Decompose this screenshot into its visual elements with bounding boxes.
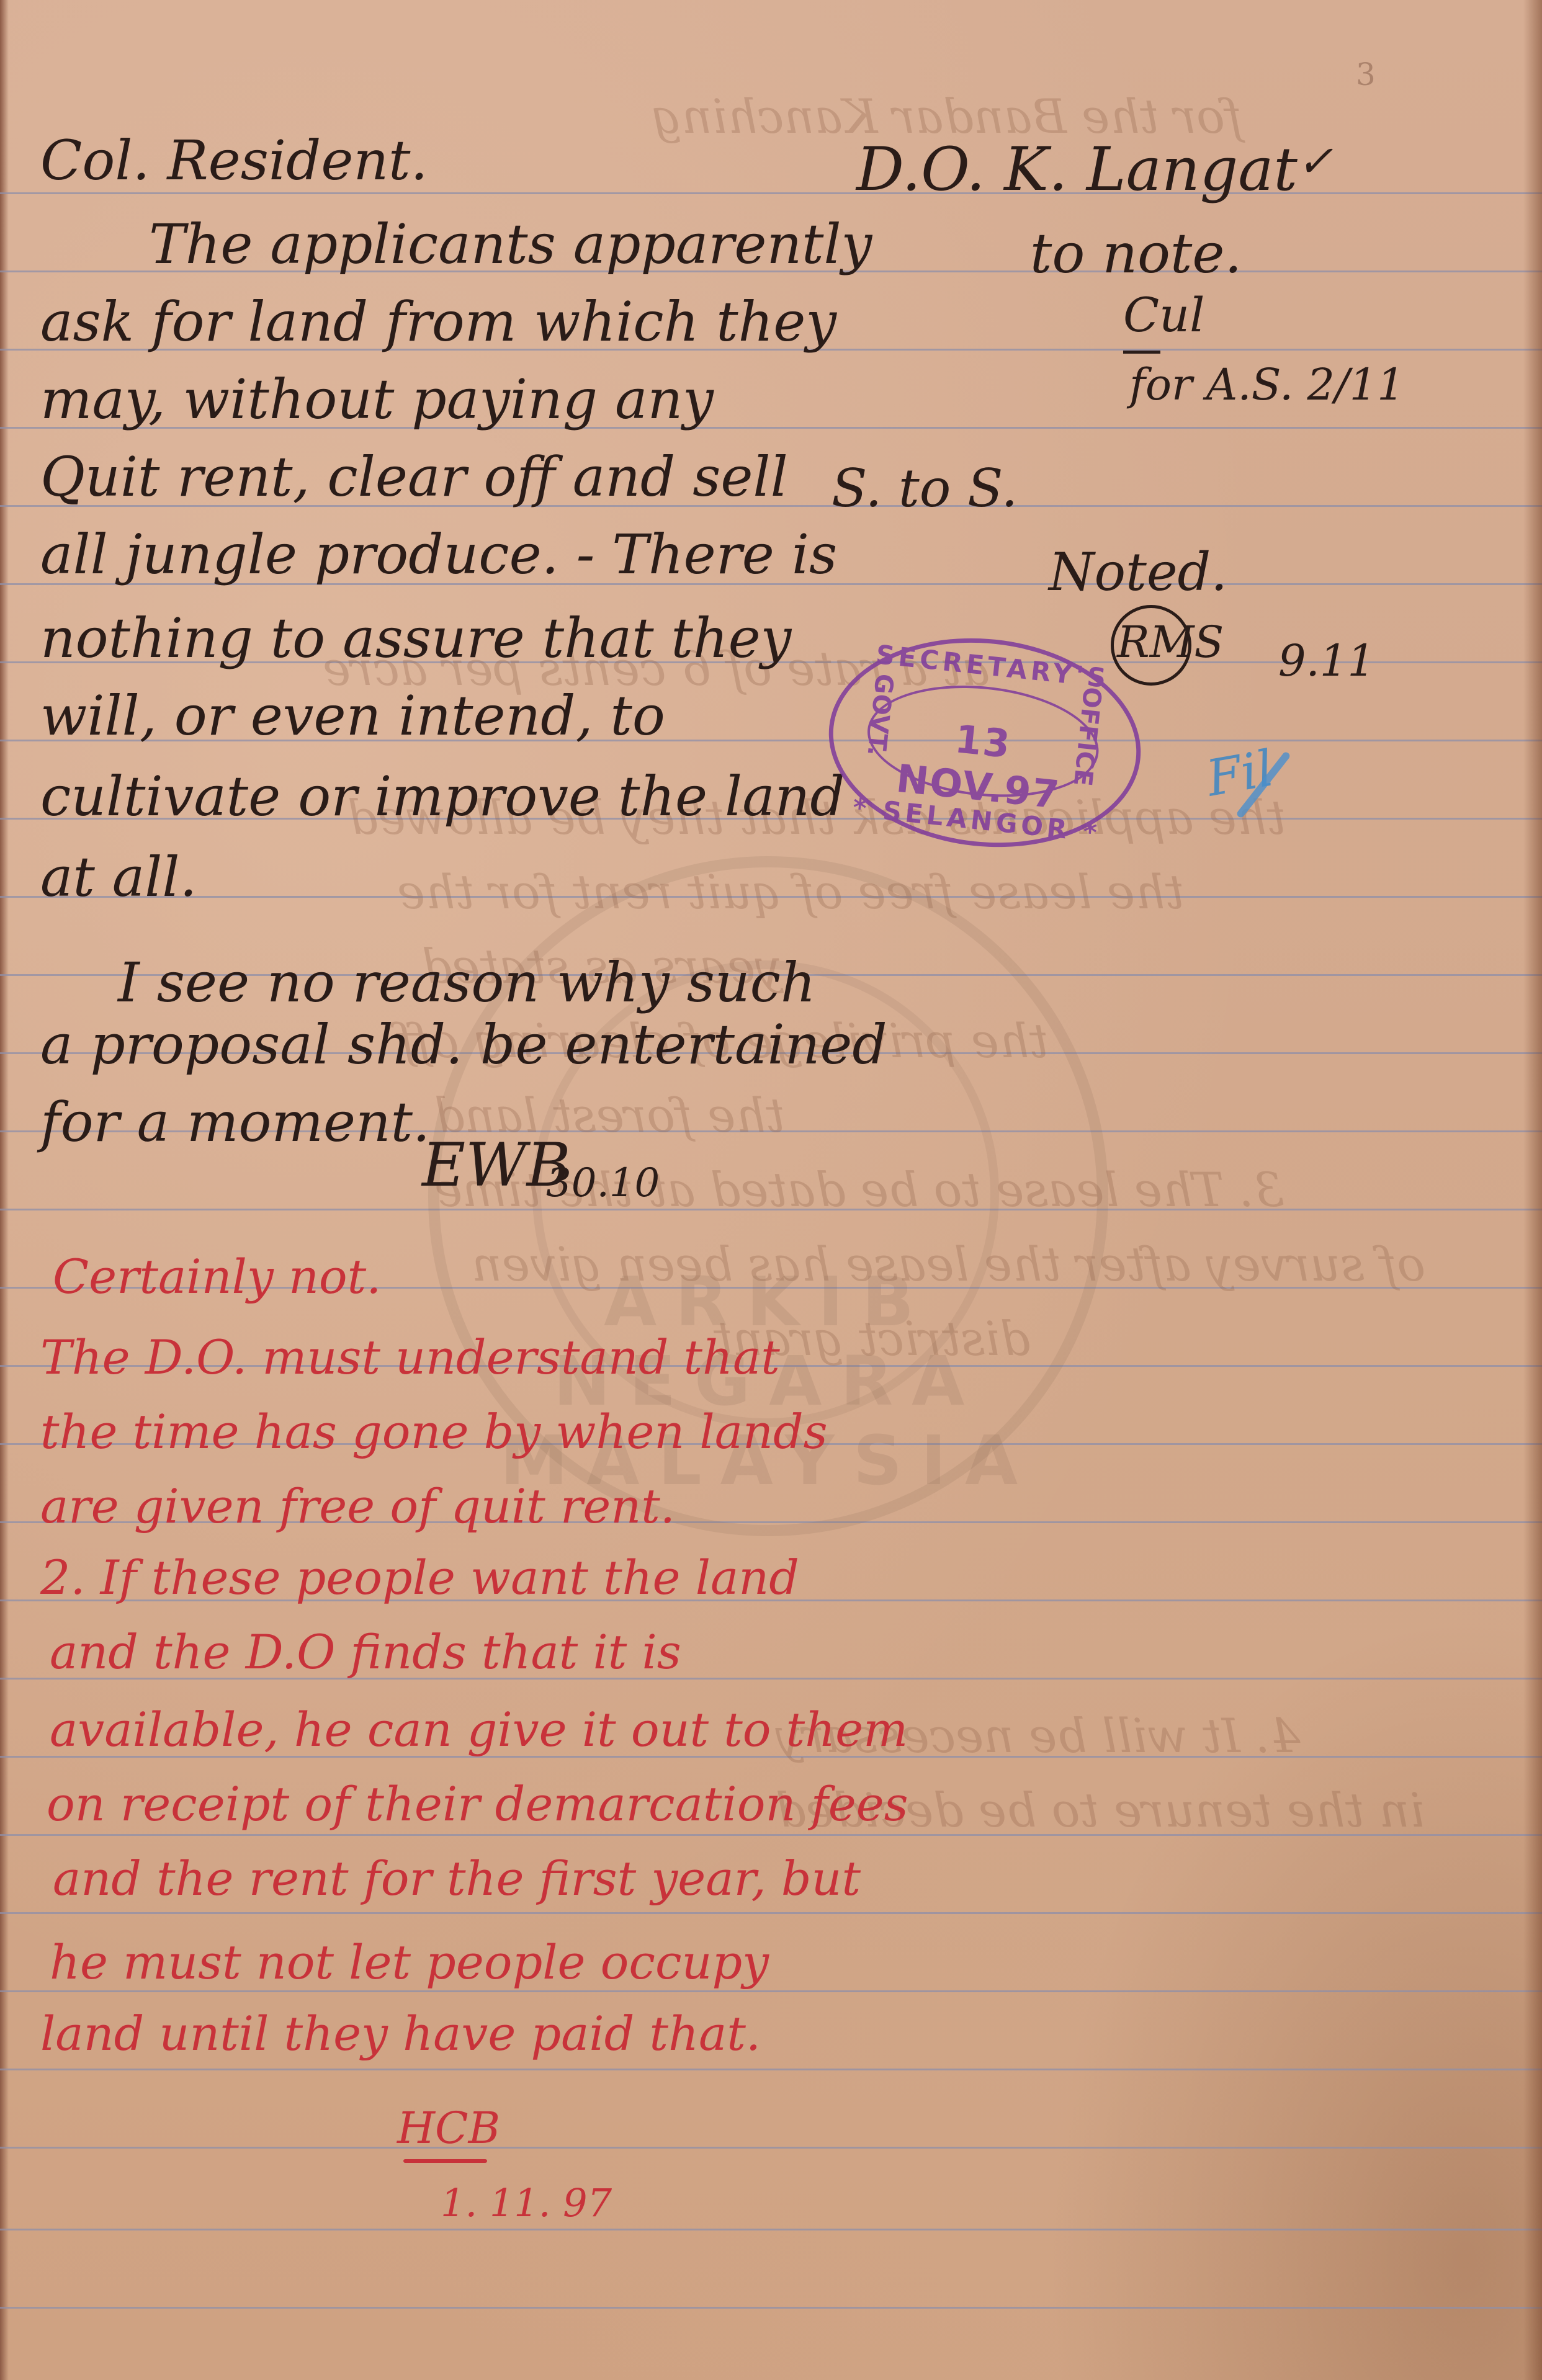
noted-text: Noted.	[1049, 546, 1227, 598]
minute-line: all jungle produce. - There is	[40, 527, 837, 582]
initials-top: Cul	[1123, 292, 1204, 339]
routing-s-to-s: S. to S.	[832, 462, 1018, 514]
minute-line: a proposal shd. be entertained	[40, 1018, 887, 1072]
red-minute-line: he must not let people occupy	[50, 1939, 769, 1986]
red-minute-line: Certainly not.	[53, 1253, 381, 1300]
rule-line	[0, 2147, 1542, 2149]
minute-line: will, or even intend, to	[40, 689, 665, 743]
stamp-inner-ring: 13 NOV.97	[862, 675, 1104, 808]
red-minute-line: are given free of quit rent.	[40, 1483, 675, 1530]
red-minute-line: and the rent for the first year, but	[53, 1855, 861, 1902]
minute-date: 30.10	[546, 1163, 660, 1203]
check-mark-icon: ✓	[1297, 140, 1334, 183]
minute-line: nothing to assure that they	[40, 611, 791, 666]
red-minute-line: available, he can give it out to them	[50, 1706, 908, 1753]
minute-line: may, without paying any	[40, 372, 714, 427]
routing-note: to note.	[1030, 226, 1242, 281]
rule-line	[0, 1912, 1542, 1914]
minute-heading: Col. Resident.	[40, 133, 428, 188]
minute-line: The applicants apparently	[149, 217, 872, 272]
rule-line	[0, 192, 1542, 194]
ghost-line: the lease free of quit rent for the	[397, 869, 1184, 916]
fraction-line	[1123, 351, 1160, 354]
blue-pencil-mark: Fil	[1203, 739, 1278, 807]
red-minute-line: 2. If these people want the land	[40, 1554, 799, 1601]
red-minute-line: land until they have paid that.	[40, 2010, 761, 2057]
pencil-folio-number: 3	[1356, 59, 1376, 90]
red-minute-line: on receipt of their demarcation fees	[47, 1781, 908, 1828]
minute-line: Quit rent, clear off and sell	[40, 450, 788, 504]
red-minute-signature: HCB	[397, 2106, 500, 2150]
minute-line: cultivate or improve the land	[40, 769, 845, 824]
ghost-line: for the Bandar Kanching	[652, 93, 1242, 140]
routing-district-officer: D.O. K. Langat	[856, 140, 1298, 199]
red-minute-line: The D.O. must understand that	[40, 1334, 780, 1381]
rule-line	[0, 1990, 1542, 1992]
minute-line: ask for land from which they	[40, 295, 836, 349]
minute-line: at all.	[40, 850, 197, 905]
ghost-line: of survey after the lease has been given	[472, 1241, 1425, 1288]
minute-line: I see no reason why such	[118, 955, 816, 1010]
signature-underline	[403, 2159, 487, 2163]
red-minute-line: and the D.O finds that it is	[50, 1629, 681, 1676]
rule-line	[0, 2229, 1542, 2230]
red-minute-line: the time has gone by when lands	[40, 1408, 828, 1456]
minute-line: for a moment.	[40, 1095, 430, 1150]
noted-date: 9.11	[1278, 639, 1375, 682]
rule-line	[0, 2069, 1542, 2070]
document-page: ARKIB NEGARA MALAYSIA for the Bandar Kan…	[0, 0, 1542, 2380]
rule-line	[0, 2307, 1542, 2309]
noted-signature: RMS	[1117, 620, 1224, 664]
initials-bottom: for A.S. 2/11	[1129, 363, 1405, 406]
red-minute-date: 1. 11. 97	[441, 2184, 612, 2222]
